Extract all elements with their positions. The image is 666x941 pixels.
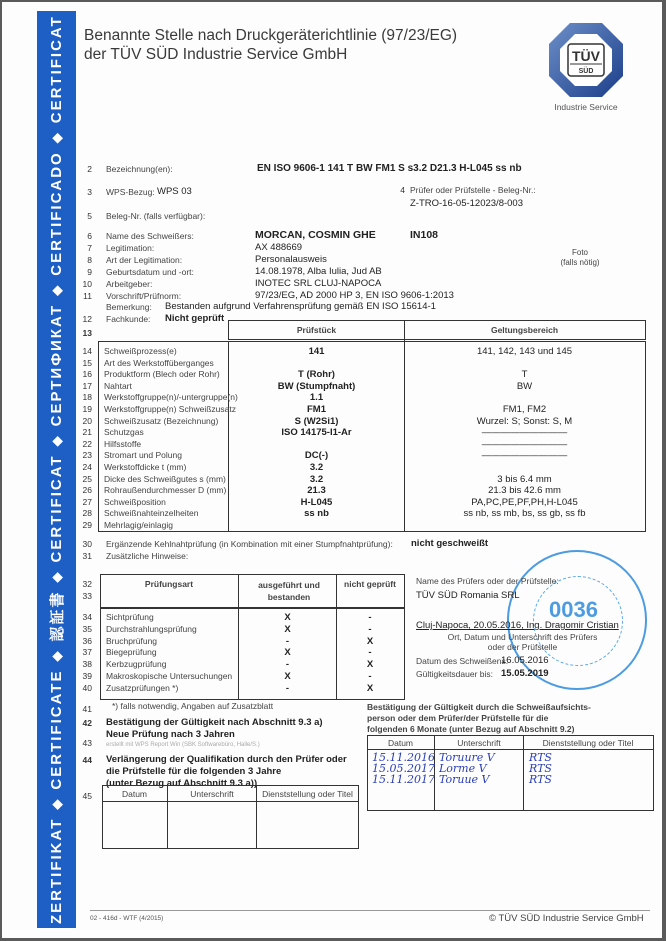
diamond-icon: ◆ — [49, 131, 65, 143]
main-row-test-value: 3.2 — [229, 462, 404, 473]
test-row-passed: - — [239, 636, 336, 647]
row-number: 19 — [76, 404, 92, 414]
header-test-piece: Prüfstück — [229, 325, 404, 335]
row-number: 10 — [76, 279, 92, 289]
row-number: 26 — [76, 485, 92, 495]
band-certificat: CERTIFICAT — [48, 454, 65, 562]
main-row-range-value: ————————— — [405, 450, 644, 461]
test-row-label: Durchstrahlungsprüfung — [106, 624, 197, 634]
diamond-icon: ◆ — [49, 434, 65, 446]
handwritten-date: 15.11.2017 — [372, 773, 435, 786]
test-row-passed: - — [239, 683, 336, 694]
test-row-not-tested: X — [337, 636, 403, 647]
tuv-sud-octagon-logo-icon: TÜV SÜD — [548, 22, 624, 98]
row-number: 34 — [76, 612, 92, 622]
header-line-2: der TÜV SÜD Industrie Service GmbH — [84, 45, 347, 64]
main-row-test-value: H-L045 — [229, 497, 404, 508]
confirm-line-3: folgenden 6 Monate (unter Bezug auf Absc… — [367, 724, 574, 734]
test-row-label: Kerbzugprüfung — [106, 659, 167, 669]
test-row-label: Biegeprüfung — [106, 647, 157, 657]
main-row-range-value: 3 bis 6.4 mm — [405, 474, 644, 485]
main-row-label: Werkstoffgruppe(n)/-untergruppe(n) — [104, 392, 238, 402]
ext-header-title: Dienststellung oder Titel — [257, 789, 358, 799]
document-number-label: Beleg-Nr. (falls verfügbar): — [106, 211, 205, 221]
remark-value: Bestanden aufgrund Verfahrensprüfung gem… — [165, 301, 436, 312]
knowledge-label: Fachkunde: — [106, 314, 150, 324]
confirm-header-signature: Unterschrift — [435, 738, 523, 748]
row-number: 3 — [76, 187, 92, 197]
birth-label: Geburtsdatum und -ort: — [106, 267, 194, 277]
confirm-line-1: Bestätigung der Gültigkeit durch die Sch… — [367, 702, 591, 712]
welder-code: IN108 — [410, 229, 438, 241]
test-row-passed: X — [239, 671, 336, 682]
main-row-label: Werkstoffgruppe(n) Schweißzusatz — [104, 404, 236, 414]
row-number: 30 — [76, 539, 92, 549]
weld-date-value: 16.05.2016 — [501, 655, 549, 666]
row-number: 22 — [76, 439, 92, 449]
standard-value: 97/23/EG, AD 2000 HP 3, EN ISO 9606-1:20… — [255, 290, 454, 301]
legitimation-value: AX 488669 — [255, 242, 302, 253]
main-row-range-value: ————————— — [405, 427, 644, 438]
ext-header-signature: Unterschrift — [168, 789, 256, 799]
validity-confirmation-heading: Bestätigung der Gültigkeit nach Abschnit… — [106, 717, 323, 728]
row-number: 33 — [76, 591, 92, 601]
main-row-label: Produktform (Blech oder Rohr) — [104, 369, 220, 379]
main-row-label: Schutzgas — [104, 427, 144, 437]
examiner-ref-value: Z-TRO-16-05-12023/8-003 — [410, 198, 523, 209]
extension-line-2: die Prüfstelle für die folgenden 3 Jahre — [106, 766, 281, 777]
main-row-label: Schweißzusatz (Bezeichnung) — [104, 416, 218, 426]
main-row-range-value: T — [405, 369, 644, 380]
validity-label: Gültigkeitsdauer bis: — [416, 669, 493, 679]
main-row-label: Stromart und Polung — [104, 450, 182, 460]
row-number: 36 — [76, 636, 92, 646]
test-row-label: Sichtprüfung — [106, 612, 154, 622]
header-line-1: Benannte Stelle nach Druckgeräterichtlin… — [84, 26, 457, 45]
header-test-type: Prüfungsart — [100, 579, 238, 589]
svg-text:TÜV: TÜV — [572, 48, 601, 64]
test-row-not-tested: X — [337, 683, 403, 694]
band-cyrillic: СЕРТИФИКАТ — [48, 304, 65, 427]
employer-value: INOTEC SRL CLUJ-NAPOCA — [255, 278, 381, 289]
main-row-test-value: 141 — [229, 346, 404, 357]
row-number: 41 — [76, 704, 92, 714]
additional-notes-label: Zusätzliche Hinweise: — [106, 551, 188, 561]
test-row-not-tested: X — [337, 659, 403, 670]
row-number: 9 — [76, 267, 92, 277]
main-row-label: Werkstoffdicke t (mm) — [104, 462, 186, 472]
diamond-icon: ◆ — [49, 570, 65, 582]
test-row-not-tested: - — [337, 647, 403, 658]
row-number: 42 — [76, 718, 92, 728]
wps-label: WPS-Bezug: — [106, 187, 155, 197]
row-number: 5 — [76, 211, 92, 221]
designation-value: EN ISO 9606-1 141 T BW FM1 S s3.2 D21.3 … — [257, 163, 522, 174]
legitimation-label: Legitimation: — [106, 243, 154, 253]
main-row-test-value: BW (Stumpfnaht) — [229, 381, 404, 392]
band-certificado: CERTIFICADO — [48, 151, 65, 276]
main-row-range-value: FM1, FM2 — [405, 404, 644, 415]
svg-text:SÜD: SÜD — [579, 66, 594, 75]
row-number: 21 — [76, 427, 92, 437]
main-row-range-value: ————————— — [405, 439, 644, 450]
designation-label: Bezeichnung(en): — [106, 164, 173, 174]
row-number: 13 — [76, 328, 92, 338]
test-row-not-tested: - — [337, 671, 403, 682]
row-number: 8 — [76, 255, 92, 265]
row-number: 6 — [76, 231, 92, 241]
form-code: 02 - 416d - WTF (4/2015) — [90, 915, 163, 922]
remark-label: Bemerkung: — [106, 302, 152, 312]
diamond-icon: ◆ — [49, 650, 65, 662]
row-number: 29 — [76, 520, 92, 530]
row-number: 14 — [76, 346, 92, 356]
main-row-test-value: 3.2 — [229, 474, 404, 485]
row-number: 40 — [76, 683, 92, 693]
row-number: 43 — [76, 738, 92, 748]
fillet-test-label: Ergänzende Kehlnahtprüfung (in Kombinati… — [106, 539, 393, 549]
row-number: 2 — [76, 164, 92, 174]
header-range: Geltungsbereich — [405, 325, 644, 335]
test-row-passed: X — [239, 612, 336, 623]
examiner-ref-label: Prüfer oder Prüfstelle - Beleg-Nr.: — [410, 185, 536, 195]
row-number: 27 — [76, 497, 92, 507]
extension-line-1: Verlängerung der Qualifikation durch den… — [106, 754, 347, 765]
row-number: 16 — [76, 369, 92, 379]
test-row-not-tested: - — [337, 624, 403, 635]
row-number: 31 — [76, 551, 92, 561]
diamond-icon: ◆ — [49, 798, 65, 810]
new-test-heading: Neue Prüfung nach 3 Jahren — [106, 729, 235, 740]
row-number: 20 — [76, 416, 92, 426]
main-row-label: Schweißnahteinzelheiten — [104, 508, 199, 518]
confirm-header-title: Dienststellung oder Titel — [524, 738, 652, 748]
test-row-label: Bruchprüfung — [106, 636, 157, 646]
test-row-label: Makroskopische Untersuchungen — [106, 671, 232, 681]
row-number: 4 — [389, 185, 405, 195]
test-row-passed: - — [239, 659, 336, 670]
birth-value: 14.08.1978, Alba Iulia, Jud AB — [255, 266, 382, 277]
weld-date-label: Datum des Schweißens: — [416, 656, 508, 666]
row-number: 7 — [76, 243, 92, 253]
row-number: 15 — [76, 358, 92, 368]
main-row-label: Nahtart — [104, 381, 132, 391]
main-row-test-value: ISO 14175-I1-Ar — [229, 427, 404, 438]
logo-caption: Industrie Service — [536, 102, 636, 112]
main-row-label: Mehrlagig/einlagig — [104, 520, 173, 530]
main-row-test-value: FM1 — [229, 404, 404, 415]
knowledge-value: Nicht geprüft — [165, 313, 224, 324]
certificate-side-band: ZERTIFIKAT ◆ CERTIFICATE ◆ 認証書 ◆ CERTIFI… — [37, 11, 76, 928]
test-row-label: Zusatzprüfungen *) — [106, 683, 178, 693]
row-number: 45 — [76, 791, 92, 801]
confirm-line-2: person oder dem Prüfer/der Prüfstelle fü… — [367, 713, 548, 723]
row-number: 24 — [76, 462, 92, 472]
row-number: 28 — [76, 508, 92, 518]
certificate-page: ZERTIFIKAT ◆ CERTIFICATE ◆ 認証書 ◆ CERTIFI… — [2, 2, 662, 938]
main-row-range-value: Wurzel: S; Sonst: S, M — [405, 416, 644, 427]
photo-placeholder: Foto (falls nötig) — [550, 248, 610, 268]
main-row-test-value: T (Rohr) — [229, 369, 404, 380]
examiner-place-date: Cluj-Napoca, 20.05.2016, Ing. Dragomir C… — [416, 620, 619, 631]
ext-header-date: Datum — [102, 789, 167, 799]
row-number: 35 — [76, 624, 92, 634]
main-row-test-value: ss nb — [229, 508, 404, 519]
handwritten-title: RTS — [529, 773, 552, 786]
main-row-label: Schweißposition — [104, 497, 166, 507]
photo-note: (falls nötig) — [550, 258, 610, 268]
copyright: © TÜV SÜD Industrie Service GmbH — [489, 913, 644, 924]
main-row-range-value: 141, 142, 143 und 145 — [405, 346, 644, 357]
wps-value: WPS 03 — [157, 186, 192, 197]
band-zertifikat: ZERTIFIKAT — [48, 818, 65, 924]
standard-label: Vorschrift/Prüfnorm: — [106, 291, 181, 301]
signature-caption-1: Ort, Datum und Unterschrift des Prüfers — [416, 632, 629, 642]
band-japanese: 認証書 — [46, 590, 67, 641]
legitimation-type-value: Personalausweis — [255, 254, 327, 265]
row-number: 38 — [76, 659, 92, 669]
fillet-test-value: nicht geschweißt — [411, 538, 488, 549]
handwritten-signature: Toruue V — [439, 773, 489, 786]
main-row-label: Dicke des Schweißgutes s (mm) — [104, 474, 226, 484]
main-row-label: Art des Werkstoffüberganges — [104, 358, 214, 368]
test-row-passed: X — [239, 647, 336, 658]
main-row-test-value: S (W2Si1) — [229, 416, 404, 427]
row-number: 37 — [76, 647, 92, 657]
row-number: 12 — [76, 314, 92, 324]
main-row-label: Hilfsstoffe — [104, 439, 141, 449]
header-passed: ausgeführt und bestanden — [242, 579, 336, 603]
row-number: 32 — [76, 579, 92, 589]
test-row-passed: X — [239, 624, 336, 635]
row-number: 23 — [76, 450, 92, 460]
footnote: *) falls notwendig, Angaben auf Zusatzbl… — [112, 701, 273, 711]
signature-caption-2: oder der Prüfstelle — [416, 642, 629, 652]
main-row-label: Rohraußendurchmesser D (mm) — [104, 485, 226, 495]
main-row-range-value: 21.3 bis 42.6 mm — [405, 485, 644, 496]
welder-name-label: Name des Schweißers: — [106, 231, 194, 241]
band-certificate: CERTIFICATE — [48, 670, 65, 790]
main-row-range-value: PA,PC,PE,PF,PH,H-L045 — [405, 497, 644, 508]
validity-value: 15.05.2019 — [501, 668, 549, 679]
welder-name-value: MORCAN, COSMIN GHE — [255, 229, 376, 241]
band-certificat-2: CERTIFICAT — [48, 15, 65, 123]
main-row-range-value: ss nb, ss mb, bs, ss gb, ss fb — [405, 508, 644, 519]
main-row-range-value: BW — [405, 381, 644, 392]
main-row-label: Schweißprozess(e) — [104, 346, 177, 356]
row-number: 18 — [76, 392, 92, 402]
row-number: 25 — [76, 474, 92, 484]
row-number: 11 — [76, 291, 92, 301]
main-row-test-value: 21.3 — [229, 485, 404, 496]
row-number: 44 — [76, 755, 92, 765]
main-row-test-value: DC(-) — [229, 450, 404, 461]
photo-label: Foto — [550, 248, 610, 258]
test-row-not-tested: - — [337, 612, 403, 623]
examiner-value: TÜV SÜD Romania SRL — [416, 590, 519, 601]
header-not-tested: nicht geprüft — [337, 579, 403, 589]
examiner-label: Name des Prüfers oder der Prüfstelle: — [416, 576, 559, 586]
row-number: 39 — [76, 671, 92, 681]
legitimation-type-label: Art der Legitimation: — [106, 255, 182, 265]
main-row-test-value: 1.1 — [229, 392, 404, 403]
software-note: erstellt mit WPS Report Win (SBK Softwar… — [106, 742, 260, 748]
diamond-icon: ◆ — [49, 284, 65, 296]
row-number: 17 — [76, 381, 92, 391]
employer-label: Arbeitgeber: — [106, 279, 152, 289]
confirm-header-date: Datum — [367, 738, 434, 748]
